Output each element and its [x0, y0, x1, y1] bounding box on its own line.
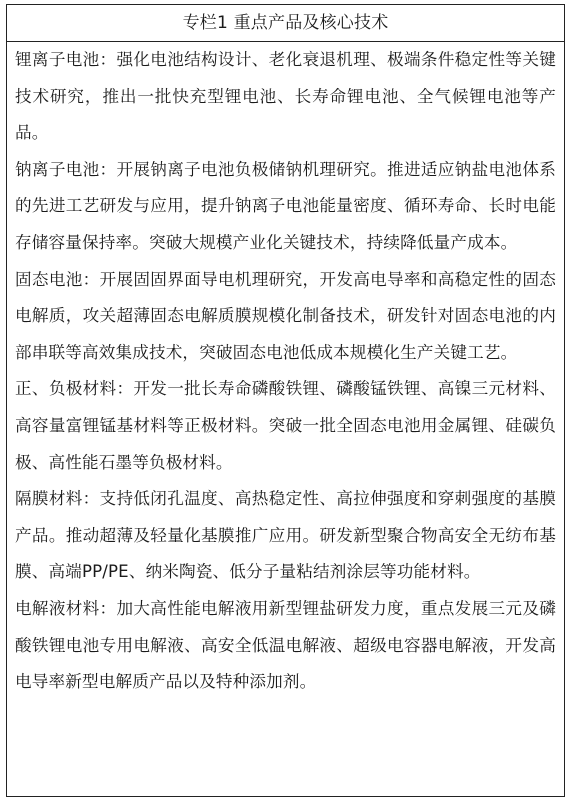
- box-content: 锂离子电池：强化电池结构设计、老化衰退机理、极端条件稳定性等关键技术研究，推出一…: [7, 42, 564, 701]
- paragraph-solid-state-battery: 固态电池：开展固固界面导电机理研究，开发高电导率和高稳定性的固态电解质，攻关超薄…: [15, 262, 556, 372]
- paragraph-electrolyte-materials: 电解液材料：加大高性能电解液用新型锂盐研发力度，重点发展三元及磷酸铁锂电池专用电…: [15, 591, 556, 701]
- box-title: 专栏1 重点产品及核心技术: [7, 5, 564, 42]
- paragraph-sodium-ion-battery: 钠离子电池：开展钠离子电池负极储钠机理研究。推进适应钠盐电池体系的先进工艺研发与…: [15, 152, 556, 262]
- paragraph-electrode-materials: 正、负极材料：开发一批长寿命磷酸铁锂、磷酸锰铁锂、高镍三元材料、高容量富锂锰基材…: [15, 371, 556, 481]
- feature-box: 专栏1 重点产品及核心技术 锂离子电池：强化电池结构设计、老化衰退机理、极端条件…: [6, 4, 565, 797]
- paragraph-lithium-ion-battery: 锂离子电池：强化电池结构设计、老化衰退机理、极端条件稳定性等关键技术研究，推出一…: [15, 42, 556, 152]
- paragraph-separator-materials: 隔膜材料：支持低闭孔温度、高热稳定性、高拉伸强度和穿刺强度的基膜产品。推动超薄及…: [15, 481, 556, 591]
